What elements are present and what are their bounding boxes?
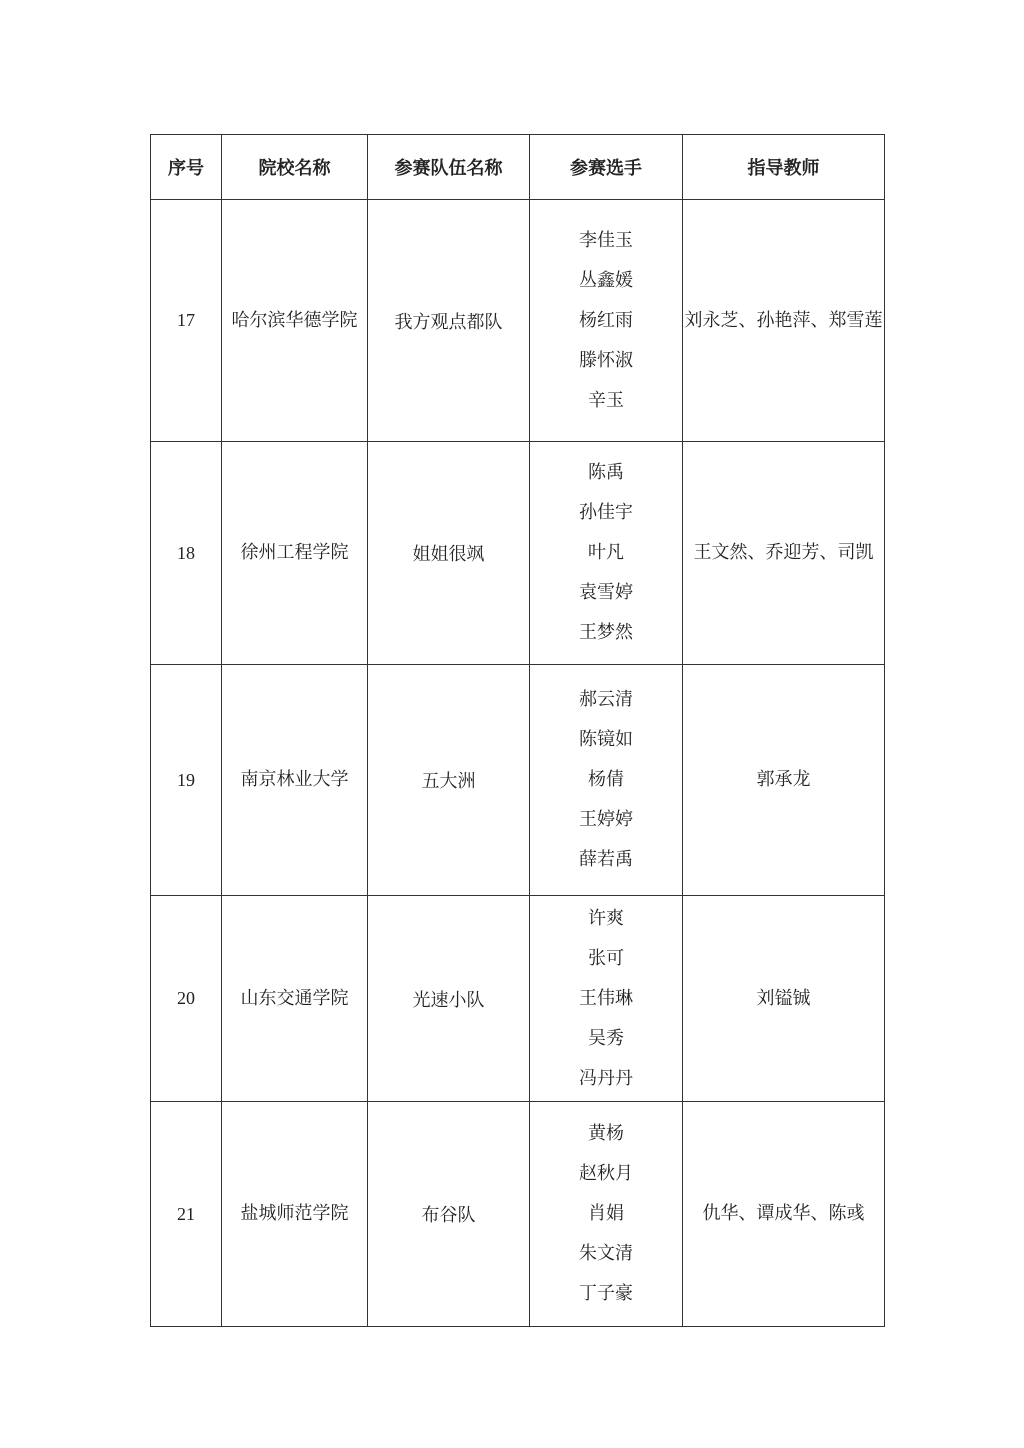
header-team: 参赛队伍名称 (368, 135, 530, 200)
teams-table: 序号 院校名称 参赛队伍名称 参赛选手 指导教师 17 哈尔滨华德学院 我方观点… (150, 134, 885, 1327)
row-index: 20 (151, 896, 222, 1102)
player-name: 李佳玉 (530, 221, 682, 261)
player-name: 黄杨 (530, 1114, 682, 1154)
row-index: 21 (151, 1102, 222, 1327)
player-name: 张可 (530, 939, 682, 979)
teachers-cell: 仇华、谭成华、陈彧 (683, 1102, 885, 1327)
header-players: 参赛选手 (530, 135, 683, 200)
teachers-cell: 刘镒铖 (683, 896, 885, 1102)
header-school: 院校名称 (222, 135, 368, 200)
player-name: 赵秋月 (530, 1154, 682, 1194)
row-index: 19 (151, 665, 222, 896)
teachers-cell: 郭承龙 (683, 665, 885, 896)
table-row: 19 南京林业大学 五大洲 郝云清 陈镜如 杨倩 王婷婷 薛若禹 郭承龙 (151, 665, 885, 896)
player-name: 陈镜如 (530, 720, 682, 760)
header-teachers: 指导教师 (683, 135, 885, 200)
team-name: 我方观点都队 (368, 200, 530, 442)
players-cell: 郝云清 陈镜如 杨倩 王婷婷 薛若禹 (530, 665, 683, 896)
player-name: 郝云清 (530, 680, 682, 720)
table-row: 17 哈尔滨华德学院 我方观点都队 李佳玉 丛鑫媛 杨红雨 滕怀淑 辛玉 刘永芝… (151, 200, 885, 442)
player-name: 丛鑫媛 (530, 261, 682, 301)
players-cell: 黄杨 赵秋月 肖娟 朱文清 丁子豪 (530, 1102, 683, 1327)
players-cell: 李佳玉 丛鑫媛 杨红雨 滕怀淑 辛玉 (530, 200, 683, 442)
teachers-cell: 王文然、乔迎芳、司凯 (683, 442, 885, 665)
teachers-cell: 刘永芝、孙艳萍、郑雪莲 (683, 200, 885, 442)
player-name: 肖娟 (530, 1194, 682, 1234)
table-row: 21 盐城师范学院 布谷队 黄杨 赵秋月 肖娟 朱文清 丁子豪 仇华、谭成华、陈… (151, 1102, 885, 1327)
table-row: 20 山东交通学院 光速小队 许爽 张可 王伟琳 吴秀 冯丹丹 刘镒铖 (151, 896, 885, 1102)
school-name: 南京林业大学 (222, 665, 368, 896)
row-index: 17 (151, 200, 222, 442)
team-name: 五大洲 (368, 665, 530, 896)
players-cell: 许爽 张可 王伟琳 吴秀 冯丹丹 (530, 896, 683, 1102)
team-name: 光速小队 (368, 896, 530, 1102)
player-name: 滕怀淑 (530, 341, 682, 381)
player-name: 王伟琳 (530, 979, 682, 1019)
player-name: 冯丹丹 (530, 1059, 682, 1099)
player-name: 孙佳宇 (530, 493, 682, 533)
player-name: 陈禹 (530, 453, 682, 493)
player-name: 丁子豪 (530, 1274, 682, 1314)
player-name: 杨倩 (530, 760, 682, 800)
player-name: 杨红雨 (530, 301, 682, 341)
player-name: 叶凡 (530, 533, 682, 573)
header-row: 序号 院校名称 参赛队伍名称 参赛选手 指导教师 (151, 135, 885, 200)
table-row: 18 徐州工程学院 姐姐很飒 陈禹 孙佳宇 叶凡 袁雪婷 王梦然 王文然、乔迎芳… (151, 442, 885, 665)
school-name: 山东交通学院 (222, 896, 368, 1102)
school-name: 哈尔滨华德学院 (222, 200, 368, 442)
player-name: 吴秀 (530, 1019, 682, 1059)
school-name: 盐城师范学院 (222, 1102, 368, 1327)
player-name: 许爽 (530, 899, 682, 939)
player-name: 王梦然 (530, 613, 682, 653)
player-name: 王婷婷 (530, 800, 682, 840)
team-name: 布谷队 (368, 1102, 530, 1327)
player-name: 辛玉 (530, 381, 682, 421)
player-name: 朱文清 (530, 1234, 682, 1274)
team-name: 姐姐很飒 (368, 442, 530, 665)
player-name: 袁雪婷 (530, 573, 682, 613)
player-name: 薛若禹 (530, 840, 682, 880)
players-cell: 陈禹 孙佳宇 叶凡 袁雪婷 王梦然 (530, 442, 683, 665)
header-index: 序号 (151, 135, 222, 200)
row-index: 18 (151, 442, 222, 665)
school-name: 徐州工程学院 (222, 442, 368, 665)
